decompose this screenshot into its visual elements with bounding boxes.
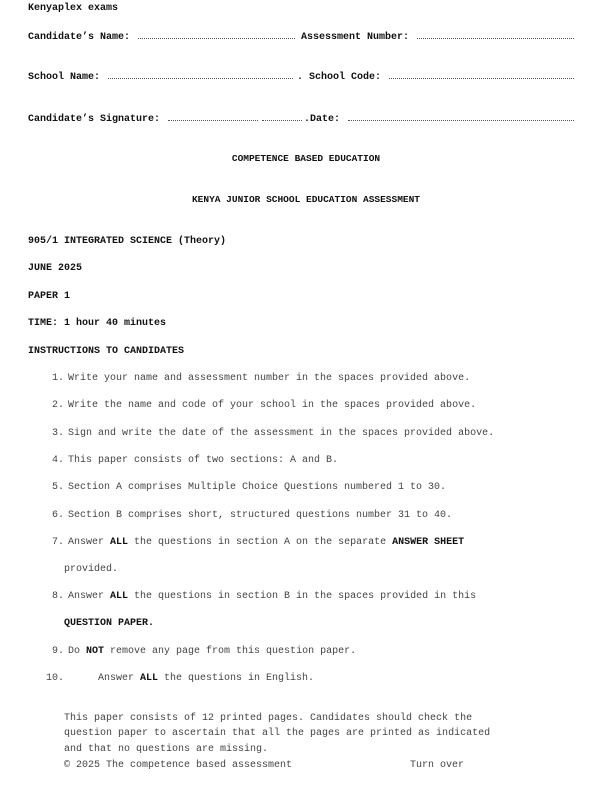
instruction-item: 2.Write the name and code of your school… <box>46 400 476 411</box>
instruction-text: the questions in section B in the spaces… <box>128 591 476 602</box>
title-kjsea: KENYA JUNIOR SCHOOL EDUCATION ASSESSMENT <box>0 194 612 205</box>
instruction-text: Write the name and code of your school i… <box>68 400 476 411</box>
instruction-text: This paper consists of two sections: A a… <box>68 455 338 466</box>
footer-copyright: © 2025 The competence based assessment <box>64 760 292 772</box>
instruction-emphasis: ANSWER SHEET <box>392 537 464 548</box>
candidate-name-label: Candidate’s Name: <box>28 32 130 43</box>
instruction-emphasis: ALL <box>110 591 128 602</box>
date-label: .Date: <box>304 114 340 125</box>
instruction-text: Answer <box>68 537 110 548</box>
instruction-continuation: QUESTION PAPER. <box>64 618 154 629</box>
paper-number: PAPER 1 <box>28 291 70 302</box>
title-competence-based-education: COMPETENCE BASED EDUCATION <box>0 153 612 164</box>
instruction-text: Write your name and assessment number in… <box>68 373 470 384</box>
instruction-number: 8. <box>46 591 64 602</box>
assessment-number-field[interactable] <box>417 30 574 39</box>
instruction-text: Sign and write the date of the assessmen… <box>68 428 494 439</box>
instruction-emphasis: ALL <box>140 673 158 684</box>
instruction-text: Section A comprises Multiple Choice Ques… <box>68 482 446 493</box>
instruction-number: 5. <box>46 482 64 493</box>
instruction-item: 5.Section A comprises Multiple Choice Qu… <box>46 482 446 493</box>
instruction-number: 3. <box>46 428 64 439</box>
candidate-name-field[interactable] <box>138 30 295 39</box>
instruction-item: 10.Answer ALL the questions in English. <box>46 673 314 684</box>
instruction-item: 1.Write your name and assessment number … <box>46 373 470 384</box>
instruction-emphasis: QUESTION PAPER <box>64 618 148 629</box>
footer-note-line2: question paper to ascertain that all the… <box>64 728 490 740</box>
instruction-emphasis: NOT <box>86 646 104 657</box>
instruction-text: the questions in section A on the separa… <box>128 537 392 548</box>
footer-note-line1: This paper consists of 12 printed pages.… <box>64 713 472 725</box>
instruction-item: 3.Sign and write the date of the assessm… <box>46 428 494 439</box>
instruction-text: Answer <box>98 673 140 684</box>
school-code-label: . School Code: <box>297 72 381 83</box>
instruction-number: 7. <box>46 537 64 548</box>
paper-time: TIME: 1 hour 40 minutes <box>28 318 166 329</box>
instruction-text: remove any page from this question paper… <box>104 646 356 657</box>
instruction-text: the questions in English. <box>158 673 314 684</box>
signature-row: Candidate’s Signature: .Date: <box>28 112 576 126</box>
school-name-label: School Name: <box>28 72 100 83</box>
instruction-continuation: provided. <box>64 564 118 575</box>
candidate-name-row: Candidate’s Name: Assessment Number: <box>28 30 576 44</box>
footer-turn-over: Turn over <box>410 760 464 772</box>
school-name-field[interactable] <box>108 70 293 79</box>
school-code-field[interactable] <box>389 70 574 79</box>
brand-header: Kenyaplex exams <box>28 3 118 14</box>
date-field[interactable] <box>348 112 574 121</box>
instruction-item: 6.Section B comprises short, structured … <box>46 510 452 521</box>
school-row: School Name: . School Code: <box>28 70 576 84</box>
instruction-text: Do <box>68 646 86 657</box>
instructions-heading: INSTRUCTIONS TO CANDIDATES <box>28 346 184 357</box>
footer-note-line3: and that no questions are missing. <box>64 744 268 756</box>
paper-code-subject: 905/1 INTEGRATED SCIENCE (Theory) <box>28 236 226 247</box>
instruction-number: 10. <box>46 673 64 684</box>
instruction-number: 1. <box>46 373 64 384</box>
instruction-text: . <box>148 618 154 629</box>
instruction-text: Answer <box>68 591 110 602</box>
instruction-item: 9.Do NOT remove any page from this quest… <box>46 646 356 657</box>
instruction-text: Section B comprises short, structured qu… <box>68 510 452 521</box>
instruction-emphasis: ALL <box>110 537 128 548</box>
signature-label: Candidate’s Signature: <box>28 114 160 125</box>
signature-field-extra[interactable] <box>262 112 302 121</box>
instruction-number: 6. <box>46 510 64 521</box>
instruction-number: 4. <box>46 455 64 466</box>
school-code-text: School Code: <box>309 72 381 83</box>
instruction-number: 2. <box>46 400 64 411</box>
paper-date: JUNE 2025 <box>28 263 82 274</box>
assessment-number-label: Assessment Number: <box>301 32 409 43</box>
instruction-item: 7.Answer ALL the questions in section A … <box>46 537 464 548</box>
instruction-item: 8.Answer ALL the questions in section B … <box>46 591 476 602</box>
instruction-item: 4.This paper consists of two sections: A… <box>46 455 338 466</box>
instruction-number: 9. <box>46 646 64 657</box>
signature-field[interactable] <box>168 112 258 121</box>
